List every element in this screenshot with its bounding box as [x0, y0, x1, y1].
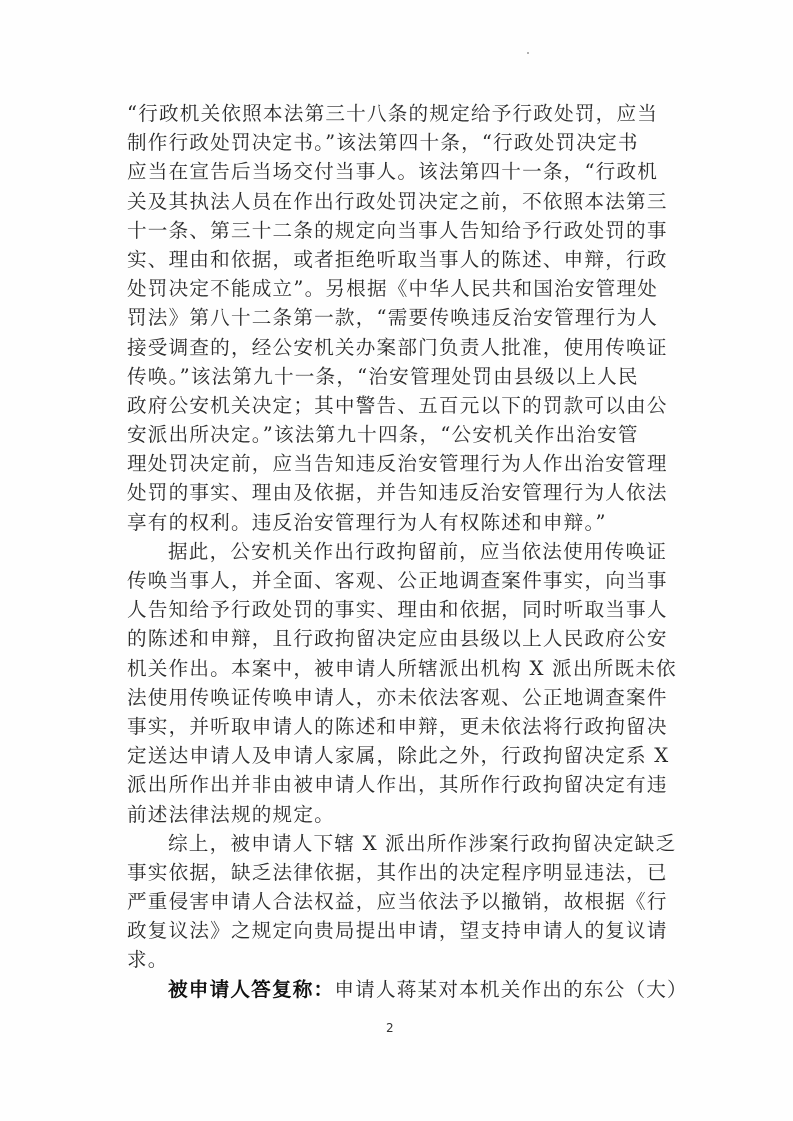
text-line: 机关作出。本案中，被申请人所辖派出机构 X 派出所既未依 [127, 654, 673, 683]
text-line: 安派出所决定。”该法第九十四条，“公安机关作出治安管 [127, 420, 673, 449]
document-body: “行政机关依照本法第三十八条的规定给予行政处罚，应当 制作行政处罚决定书。”该法… [127, 99, 673, 1004]
text-line: 十一条、第三十二条的规定向当事人告知给予行政处罚的事 [127, 216, 673, 245]
text-line: 派出所作出并非由被申请人作出，其所作行政拘留决定有违 [127, 770, 673, 799]
respondent-reply-label: 被申请人答复称： [168, 978, 334, 1001]
text-line: 定送达申请人及申请人家属，除此之外，行政拘留决定系 X [127, 741, 673, 770]
text-line: 前述法律法规的规定。 [127, 800, 673, 829]
text-line: 接受调查的，经公安机关办案部门负责人批准，使用传唤证 [127, 333, 673, 362]
text-line: 罚法》第八十二条第一款，“需要传唤违反治安管理行为人 [127, 303, 673, 332]
text-line: 处罚决定不能成立”。另根据《中华人民共和国治安管理处 [127, 274, 673, 303]
paragraph-start-line: 据此，公安机关作出行政拘留前，应当依法使用传唤证 [127, 537, 673, 566]
text-line: 关及其执法人员在作出行政处罚决定之前，不依照本法第三 [127, 187, 673, 216]
paragraph-start-line: 综上，被申请人下辖 X 派出所作涉案行政拘留决定缺乏 [127, 829, 673, 858]
text-line: 法使用传唤证传唤申请人，亦未依法客观、公正地调查案件 [127, 683, 673, 712]
text-line: 人告知给予行政处罚的事实、理由和依据，同时听取当事人 [127, 595, 673, 624]
text-line: 实、理由和依据，或者拒绝听取当事人的陈述、申辩，行政 [127, 245, 673, 274]
text-line: 应当在宣告后当场交付当事人。该法第四十一条，“行政机 [127, 157, 673, 186]
text-line: 政府公安机关决定；其中警告、五百元以下的罚款可以由公 [127, 391, 673, 420]
text-line: 传唤。”该法第九十一条，“治安管理处罚由县级以上人民 [127, 362, 673, 391]
text-line: 求。 [127, 945, 673, 974]
text-line: 理处罚决定前，应当告知违反治安管理行为人作出治安管理 [127, 449, 673, 478]
respondent-reply-text: 申请人蒋某对本机关作出的东公（大） [334, 978, 688, 1001]
respondent-reply-line: 被申请人答复称：申请人蒋某对本机关作出的东公（大） [127, 975, 673, 1004]
document-page: “行政机关依照本法第三十八条的规定给予行政处罚，应当 制作行政处罚决定书。”该法… [0, 0, 793, 1121]
text-line: 严重侵害申请人合法权益，应当依法予以撤销，故根据《行 [127, 887, 673, 916]
text-line: 事实依据，缺乏法律依据，其作出的决定程序明显违法，已 [127, 858, 673, 887]
text-line: 政复议法》之规定向贵局提出申请，望支持申请人的复议请 [127, 916, 673, 945]
text-line: 享有的权利。违反治安管理行为人有权陈述和申辩。” [127, 508, 673, 537]
text-line: 事实，并听取申请人的陈述和申辩，更未依法将行政拘留决 [127, 712, 673, 741]
text-line: 制作行政处罚决定书。”该法第四十条，“行政处罚决定书 [127, 128, 673, 157]
page-number: 2 [386, 1021, 394, 1035]
text-line: 传唤当事人，并全面、客观、公正地调查案件事实，向当事 [127, 566, 673, 595]
text-line: 处罚的事实、理由及依据，并告知违反治安管理行为人依法 [127, 478, 673, 507]
scan-speck [527, 52, 529, 54]
text-line: 的陈述和申辩，且行政拘留决定应由县级以上人民政府公安 [127, 624, 673, 653]
text-line: “行政机关依照本法第三十八条的规定给予行政处罚，应当 [127, 99, 673, 128]
